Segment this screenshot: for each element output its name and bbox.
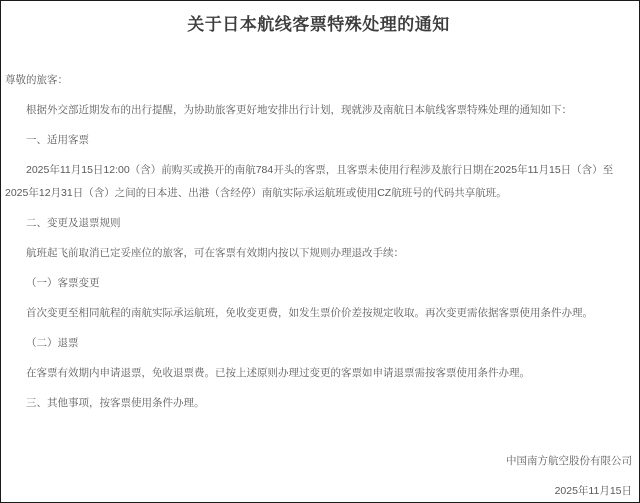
section1-body: 2025年11月15日12:00（含）前购买或换开的南航784开头的客票，且客票… [5,159,632,205]
section3-paragraph: 三、其他事项，按客票使用条件办理。 [5,392,632,415]
signature-company: 中国南方航空股份有限公司 [5,450,632,473]
notice-title: 关于日本航线客票特殊处理的通知 [5,15,632,35]
section1-heading: 一、适用客票 [5,129,632,152]
section2-intro: 航班起飞前取消已定妥座位的旅客，可在客票有效期内按以下规则办理退改手续： [5,242,632,265]
signature-date: 2025年11月15日 [5,480,632,503]
section2-heading: 二、变更及退票规则 [5,212,632,235]
intro-paragraph: 根据外交部近期发布的出行提醒，为协助旅客更好地安排出行计划，现就涉及南航日本航线… [5,99,632,122]
notice-document: 关于日本航线客票特殊处理的通知 尊敬的旅客： 根据外交部近期发布的出行提醒，为协… [1,1,639,502]
section2-sub1-body: 首次变更至相同航程的南航实际承运航班，免收变更费，如发生票价价差按规定收取。再次… [5,302,632,325]
section1-body-line2: 2025年12月31日（含）之间的日本进、出港（含经停）南航实际承运航班或使用C… [5,182,632,205]
salutation: 尊敬的旅客： [5,69,632,92]
section1-body-line1: 2025年11月15日12:00（含）前购买或换开的南航784开头的客票，且客票… [5,159,632,182]
section2-sub2-heading: （二）退票 [5,332,632,355]
section2-sub2-body: 在客票有效期内申请退票，免收退票费。已按上述原则办理过变更的客票如申请退票需按客… [5,362,632,385]
section2-sub1-heading: （一）客票变更 [5,272,632,295]
